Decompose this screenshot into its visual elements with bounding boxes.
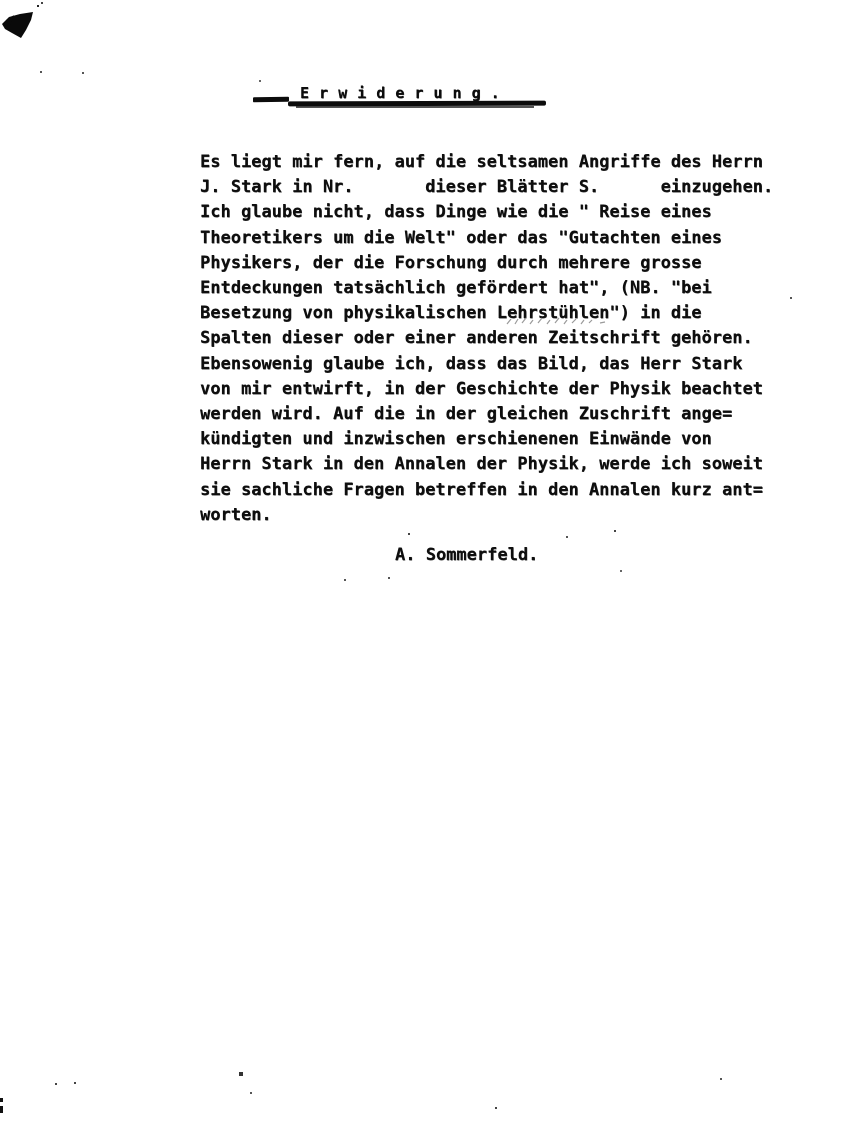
scan-edge-mark bbox=[0, 1106, 3, 1113]
signature: A. Sommerfeld. bbox=[395, 545, 538, 565]
scan-artifact-corner-blob bbox=[0, 0, 60, 60]
text-line: von mir entwirft, in der Geschichte der … bbox=[200, 377, 773, 402]
scanned-document-page: E r w i d e r u n g . Es liegt mir fern,… bbox=[0, 0, 850, 1122]
title-underline-echo bbox=[296, 106, 534, 108]
body-text: Es liegt mir fern, auf die seltsamen Ang… bbox=[200, 150, 773, 528]
text-line: sie sachliche Fragen betreffen in den An… bbox=[200, 478, 773, 503]
text-line: J. Stark in Nr. dieser Blätter S. einzug… bbox=[200, 175, 773, 200]
text-line: Ebensowenig glaube ich, dass das Bild, d… bbox=[200, 352, 773, 377]
text-line: Es liegt mir fern, auf die seltsamen Ang… bbox=[200, 150, 773, 175]
title-leading-dash bbox=[253, 97, 289, 103]
text-line: Besetzung von physikalischen Lehrstühlen… bbox=[200, 301, 773, 326]
text-line: kündigten und inzwischen erschienenen Ei… bbox=[200, 427, 773, 452]
text-line: Herrn Stark in den Annalen der Physik, w… bbox=[200, 452, 773, 477]
text-line: Entdeckungen tatsächlich gefördert hat",… bbox=[200, 276, 773, 301]
document-title: E r w i d e r u n g . bbox=[300, 84, 500, 102]
text-line: Spalten dieser oder einer anderen Zeitsc… bbox=[200, 326, 773, 351]
text-line: Theoretikers um die Welt" oder das "Guta… bbox=[200, 226, 773, 251]
text-line: Physikers, der die Forschung durch mehre… bbox=[200, 251, 773, 276]
text-line: werden wird. Auf die in der gleichen Zus… bbox=[200, 402, 773, 427]
scan-edge-mark bbox=[0, 1098, 3, 1102]
pencil-smudge bbox=[505, 315, 615, 327]
scan-speckles bbox=[0, 0, 2, 2]
text-line: Ich glaube nicht, dass Dinge wie die " R… bbox=[200, 200, 773, 225]
text-line: worten. bbox=[200, 503, 773, 528]
